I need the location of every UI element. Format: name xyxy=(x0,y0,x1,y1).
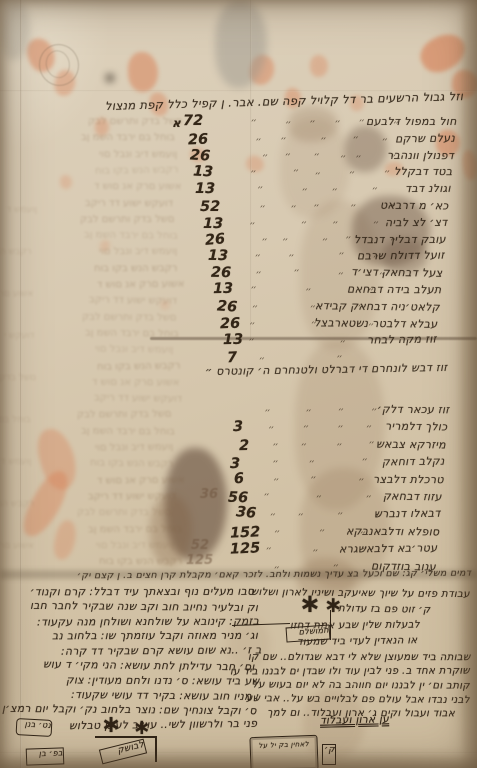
ditto-mark: ״ xyxy=(314,170,320,181)
ditto-mark: ״ xyxy=(301,186,307,197)
ditto-mark: ״ xyxy=(373,253,379,264)
ditto-mark: ״ xyxy=(255,136,261,147)
ditto-mark: ״ xyxy=(355,302,361,313)
ditto-mark: ״ xyxy=(390,202,396,213)
paper-stain xyxy=(345,126,387,172)
ledger-item: זועל דדולח שרבם xyxy=(357,249,445,263)
ledger-item: דצ׳ לצ לביה xyxy=(385,216,448,229)
ledger-value: 152 xyxy=(229,525,260,542)
ditto-mark: ״ xyxy=(371,406,377,417)
ditto-mark: ״ xyxy=(322,236,328,247)
bleedthrough-line: םשל בדק ותרשם לבק xyxy=(82,311,177,323)
ledger-value: 26 xyxy=(187,131,208,148)
ditto-mark: ״ xyxy=(338,250,344,261)
bottom-left-line: פני בר ולרשוון לשי.. עושב לעינן טבלוש xyxy=(69,717,258,732)
ditto-mark: ״ xyxy=(312,547,318,558)
ditto-mark: ״ xyxy=(345,234,351,245)
ditto-mark: ״ xyxy=(338,406,344,417)
ditto-mark: ״ xyxy=(254,252,260,263)
gallows-stem-line xyxy=(155,736,157,762)
ledger-value: 3 xyxy=(230,456,240,472)
ditto-mark: ״ xyxy=(310,303,316,314)
ditto-mark: ״ xyxy=(355,153,361,164)
ditto-mark: ״ xyxy=(350,202,356,213)
ditto-mark: ״ xyxy=(285,151,291,162)
ditto-mark: ״ xyxy=(368,321,374,332)
ledger-item: עזוז דבחאק xyxy=(383,490,442,504)
bleedthrough-line: ןועמש ד xyxy=(6,205,37,215)
bleedthrough-line: רקבש הנש בקו בוח xyxy=(95,164,179,176)
ledger-value: 26 xyxy=(217,298,238,315)
ditto-mark: ״ xyxy=(358,117,364,128)
ledger-item: נקלב דוחאק xyxy=(382,455,445,469)
bleedthrough-line: רקבש הנ xyxy=(0,499,34,509)
ditto-mark: ״ xyxy=(384,168,390,179)
ledger-value: 125 xyxy=(230,541,261,558)
bottom-left-line: בזמק: קינובא על שולחנא ושולחן מנה עקעוד: xyxy=(37,614,259,628)
bleedthrough-line: דועקש ישוע דד ריקב xyxy=(85,197,173,208)
bottom-left-line: סבו מעלים נוף ובצאתך עיד דבלל: קרם וקנוד… xyxy=(30,585,255,599)
ledger-item: זוז מקה לבחר xyxy=(366,333,436,347)
ditto-mark: ״ xyxy=(288,252,294,263)
bleedthrough-line: בוחל בם ירבד השמ ןב xyxy=(88,523,182,534)
bleedthrough-line: ןועמש ד xyxy=(1,457,32,467)
bottom-right-line: ק׳ זוט פם בז עדולת xyxy=(337,603,430,615)
bleedthrough-line: אשוע םרק אנ םוש ד xyxy=(97,279,185,291)
ditto-mark: ״ xyxy=(259,203,265,214)
ditto-mark: ״ xyxy=(282,236,288,247)
ditto-mark: ״ xyxy=(368,286,374,297)
ditto-mark: ״ xyxy=(379,270,385,281)
orange-blotch xyxy=(51,518,79,561)
signature-box-right: חמושלם xyxy=(286,624,331,642)
ledger-value: 6 xyxy=(234,470,245,487)
ditto-mark: ״ xyxy=(339,338,345,349)
orange-blotch xyxy=(59,175,72,190)
ledger-value: 13 xyxy=(203,216,223,232)
ditto-mark: ״ xyxy=(331,186,337,197)
bleedthrough-line: םשל בדק ותרשם לבק xyxy=(77,409,172,421)
small-mark-box: ק׳ xyxy=(322,744,336,765)
ditto-mark: ״ xyxy=(301,219,307,230)
ditto-mark: ״ xyxy=(261,236,267,247)
bleedthrough-line: רקבש הנש בקו בוח xyxy=(99,556,182,567)
ditto-mark: ״ xyxy=(305,407,311,418)
ledger-item: צעל דבחאק דצי׳ד xyxy=(351,265,443,280)
bottom-right-line: שבותה ביד שמעוצן שלא לי דבא שגדולם.. שם … xyxy=(247,652,470,663)
ditto-mark: ״ xyxy=(309,118,315,129)
bleedthrough-line: דועקש י xyxy=(4,331,35,341)
ditto-mark: ״ xyxy=(337,510,343,521)
bleedthrough-line: רקבש הנ xyxy=(0,247,32,257)
gallows-top-line xyxy=(95,736,157,738)
ledger-value: 26 xyxy=(204,231,225,249)
ledger-value: 36 xyxy=(235,504,256,522)
ditto-mark: ״ xyxy=(272,441,278,452)
ledger-item: טרכלת דלבצר xyxy=(373,472,444,485)
corner-box: בפ׳ בן xyxy=(26,747,65,765)
paper-stain xyxy=(106,74,114,82)
bottom-left-line: ב ז׳ ..נא שום עושא קרם שבקיר דד קרה: xyxy=(61,643,262,657)
ditto-mark: ״ xyxy=(390,152,396,163)
ditto-mark: ״ xyxy=(250,168,256,179)
ditto-mark: ״ xyxy=(305,286,311,297)
bottom-right-line: שוקרת אחד ב. פני לבין עוד ולו שבדן ים לב… xyxy=(230,666,470,678)
rosette-icon: ∗ xyxy=(133,720,151,734)
ledger-item: קלאט׳ניה דבחאק קבידא xyxy=(314,299,439,314)
bleedthrough-line: ןועמש דיב ונבל םוי xyxy=(96,540,174,551)
ditto-mark: ״ xyxy=(332,219,338,230)
bleedthrough-line: בוחל בם xyxy=(0,415,31,425)
rosette-icon: ∗ xyxy=(299,597,321,611)
ditto-mark: ״ xyxy=(362,456,368,467)
bleedthrough-line: אשוע םרק אנ םוש ד xyxy=(94,181,181,192)
bottom-left-line: וג׳ מניר מאוזה וקבל עוזמתך שו: בלחוב נב xyxy=(52,629,258,642)
bleedthrough-line: רקבש הנש בקו בוח xyxy=(90,458,174,470)
ditto-mark: ״ xyxy=(280,135,286,146)
ditto-mark: ״ xyxy=(366,493,372,504)
ditto-mark: ״ xyxy=(273,476,279,487)
ditto-mark: ״ xyxy=(349,169,355,180)
bleedthrough-line: ןועמש דיב ונבל םוי xyxy=(99,149,177,160)
ditto-mark: ״ xyxy=(358,476,364,487)
ledger-item: דבאלו דנברש xyxy=(374,507,441,521)
ditto-mark: ״ xyxy=(334,118,340,129)
ditto-mark: ״ xyxy=(316,493,322,504)
ledger-value: 72 xyxy=(183,113,203,129)
ledger-item: עבלא דלבטר נשטארבצל xyxy=(314,316,438,331)
ornamental-cartouche: לאחין בק יל על xyxy=(249,735,318,768)
bottom-right-line: קותב ום׳ ין לבננו יום חווהב בה לא יום בע… xyxy=(252,679,470,691)
ledger-value: 13 xyxy=(212,280,232,296)
ditto-mark: ״ xyxy=(290,203,296,214)
bleedthrough-line: םשל בדק ותרשם לבק xyxy=(80,214,175,225)
ledger-value: 2 xyxy=(238,438,248,454)
ditto-mark: ״ xyxy=(248,336,254,347)
bleedthrough-line: אשוע םר xyxy=(0,289,33,299)
ditto-mark: ״ xyxy=(319,527,325,538)
underlined-flourish: ען ארון ועבלוד xyxy=(320,713,389,726)
bleedthrough-line: רקבש הנש בקו בוח xyxy=(94,263,177,274)
rosette-icon: ∗ xyxy=(324,599,342,613)
signature-stem-line xyxy=(330,610,331,640)
ditto-mark: ״ xyxy=(268,424,274,435)
ledger-item: מיזרקא צבאש xyxy=(376,437,446,451)
ledger-value: 13 xyxy=(223,332,243,348)
bleedthrough-line: דועקש ישוע דד ריקב xyxy=(88,491,176,502)
bleedthrough-line: םשל בדק ותרשם לבק xyxy=(77,507,172,518)
ditto-mark: ״ xyxy=(263,491,269,502)
ditto-mark: ״ xyxy=(310,474,316,485)
ditto-mark: ״ xyxy=(252,303,258,314)
bleedthrough-line: םשל בדק ותרשם לבק xyxy=(88,116,183,127)
ditto-mark: ״ xyxy=(313,202,319,213)
ledger-item: וגולנ דבד xyxy=(405,182,451,195)
bottom-left-line: : מניו חוב עושא: בקיר דד עושי שקעוד: xyxy=(71,688,260,703)
ditto-mark: ״ xyxy=(375,512,381,523)
bleedthrough-line: דועקש ישוע דד ריקב xyxy=(88,295,176,307)
ditto-mark: ״ xyxy=(255,269,261,280)
ditto-mark: ״ xyxy=(373,219,379,230)
ditto-mark: ״ xyxy=(303,423,309,434)
crease-line-text: דמים משלי׳ קג: שם וכעל בצ עדיך נשמות ולח… xyxy=(77,568,471,582)
ditto-mark: ״ xyxy=(250,284,256,295)
ditto-mark: ״ xyxy=(382,136,388,147)
bleedthrough-line: אשוע םר xyxy=(0,541,34,551)
bleedthrough-line: בוחל בם ירבד השמ ןב xyxy=(84,230,178,242)
ditto-mark: ״ xyxy=(249,220,255,231)
ditto-mark: ״ xyxy=(320,135,326,146)
ledger-item: תעלב בידה דבחאם xyxy=(347,283,442,297)
ditto-mark: ״ xyxy=(257,184,263,195)
ditto-mark: ״ xyxy=(266,545,272,556)
ditto-mark: ״ xyxy=(274,528,280,539)
ditto-mark: ״ xyxy=(390,236,396,247)
ditto-mark: ״ xyxy=(393,119,399,130)
bleedthrough-line: ןועמש דיב ונבל םוי xyxy=(95,344,174,356)
bottom-right-line: עבודת פזים על שיוך שאיעקב ושיניו לארון ו… xyxy=(251,587,470,600)
bracket-box-left: נט׳ בנן xyxy=(16,718,53,737)
paper-stain xyxy=(0,753,477,768)
ditto-mark: ״ xyxy=(361,545,367,556)
ditto-mark: ״ xyxy=(264,407,270,418)
ledger-row-mark: א xyxy=(172,116,181,130)
bottom-left-line: וק ובלעיר נחיוב חוב וקב שנה שבקיר לחבר ח… xyxy=(30,599,258,614)
ledger-value: 3 xyxy=(233,419,243,435)
ledger-value: 13 xyxy=(195,181,215,197)
rosette-icon: ∗ xyxy=(101,717,121,731)
ledger-value: 26 xyxy=(220,316,241,333)
ditto-mark: ״ xyxy=(293,167,299,178)
bleedthrough-line: רקבש הנש בקו בוח xyxy=(97,360,181,372)
ditto-mark: ״ xyxy=(272,458,278,469)
orange-blotch xyxy=(310,55,329,77)
ditto-mark: ״ xyxy=(338,270,344,281)
ledger-value: 26 xyxy=(211,265,231,281)
bleedthrough-line: םשל בדק xyxy=(0,373,36,383)
ledger-item: כולך דלמריר xyxy=(385,420,448,434)
ledger-item: עטר׳בא דלבאשגרא xyxy=(339,542,438,556)
ditto-mark: ״ xyxy=(297,511,303,522)
ledger-value: 56 xyxy=(228,489,249,505)
ditto-mark: ״ xyxy=(336,441,342,452)
bleedthrough-line: בוחל בם ירבד השמ ןב xyxy=(81,425,175,437)
ditto-mark: ״ xyxy=(368,439,374,450)
ledger-value: 13 xyxy=(193,164,214,181)
ledger-item: דפנולן וונהבר xyxy=(387,148,454,161)
ditto-mark: ״ xyxy=(313,151,319,162)
ditto-mark: ״ xyxy=(340,153,346,164)
vertical-crease xyxy=(20,0,22,768)
ghost-number: 36 xyxy=(200,487,218,502)
ditto-mark: ״ xyxy=(293,267,299,278)
bleedthrough-line: בוחל בם ירבד השמ ןב xyxy=(85,327,179,339)
bottom-right-line: לבני נבדו אבל עולם פם לבלויים בש על.. אב… xyxy=(246,693,470,706)
ditto-mark: ״ xyxy=(372,185,378,196)
orange-blotch xyxy=(127,51,159,92)
ledger-item: זוז עכאר דלק׳ xyxy=(377,403,449,417)
ditto-mark: ״ xyxy=(262,152,268,163)
ditto-mark: ״ xyxy=(311,319,317,330)
bottom-left-line: וס׳ חבר עדילתן לחת עושא: הני מקי׳ ד עוש xyxy=(43,658,255,674)
ledger-item: נעלם שרקם xyxy=(395,131,455,145)
ditto-mark: ״ xyxy=(249,320,255,331)
bleedthrough-line: דועקש ישוע דד ריקב xyxy=(93,392,181,404)
bleedthrough-line: אשוע םרק אנ םוש ד xyxy=(97,474,185,486)
ditto-mark: ״ xyxy=(360,529,366,540)
bleedthrough-line: בוחל בם ירבד השמ ןב xyxy=(81,132,175,143)
ditto-mark: ״ xyxy=(309,458,315,469)
ledger-note-line: זוז דבש לונחרם די דברלט ולטנחרם ה׳ קונטר… xyxy=(204,361,447,378)
ghost-number: 125 xyxy=(186,553,213,568)
bleedthrough-line: אשוע םרק אנ םוש ד xyxy=(92,377,179,388)
ledger-item: חול במפול דלבעם xyxy=(366,115,457,128)
ditto-mark: ״ xyxy=(270,511,276,522)
manuscript-page: םשל בדק ותרשם לבקבוחל בם ירבד השמ ןבןועמ… xyxy=(0,0,477,768)
ditto-mark: ״ xyxy=(353,134,359,145)
ditto-mark: ״ xyxy=(337,423,343,434)
ledger-value: 52 xyxy=(200,199,220,215)
ledger-item: עובק דבליך דנבדל xyxy=(354,232,446,245)
ditto-mark: ״ xyxy=(285,119,291,130)
ditto-mark: ״ xyxy=(251,117,257,128)
ledger-value: 13 xyxy=(208,248,228,264)
ledger-item: בטד דבקלל xyxy=(394,165,452,178)
bottom-left-line: ס׳ וקבל צונחיך שם: נוצר בלחוב נק׳ וקבל י… xyxy=(2,702,257,718)
bleedthrough-line: ןועמש דיב ונבל םוי xyxy=(94,442,173,454)
ditto-mark: ״ xyxy=(366,423,372,434)
bleedthrough-line: ןועמש דיב ונבל םוי xyxy=(99,246,177,257)
ditto-mark: ״ xyxy=(301,441,307,452)
ghost-number: 52 xyxy=(191,538,209,553)
horizontal-crease xyxy=(0,752,477,754)
ledger-value: 26 xyxy=(190,147,211,164)
